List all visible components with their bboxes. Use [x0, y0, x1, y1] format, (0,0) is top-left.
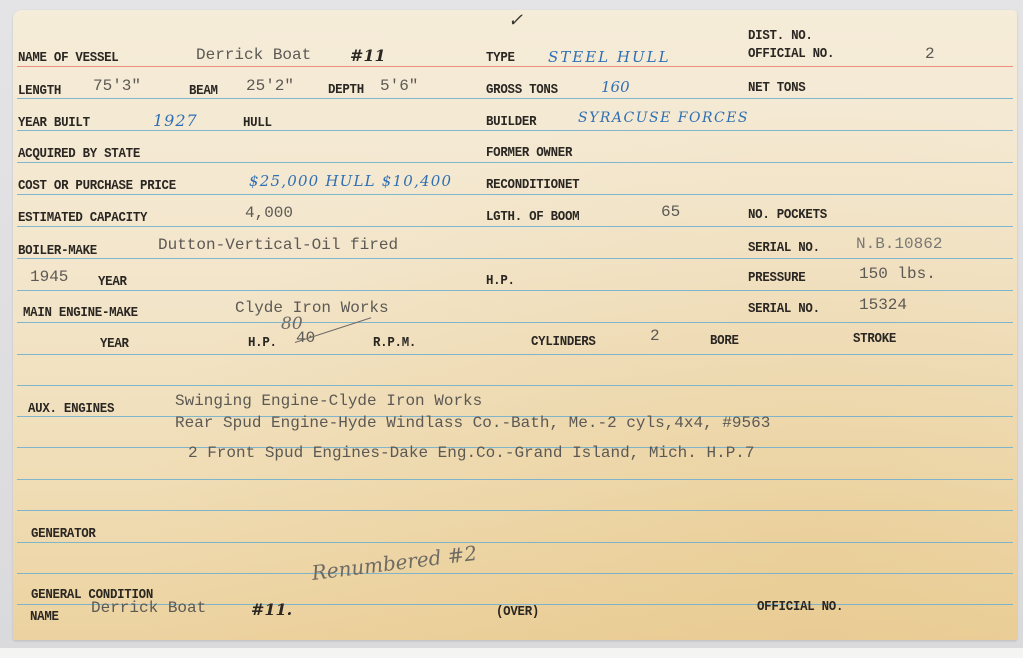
label-length: LENGTH: [18, 85, 61, 99]
rule-line: [17, 98, 1013, 99]
label-main-engine-year: YEAR: [100, 338, 129, 352]
value-cylinders: 2: [650, 328, 660, 344]
value-beam: 25'2": [246, 78, 294, 94]
rule-line: [17, 290, 1013, 291]
label-footer-name: NAME: [30, 611, 59, 625]
label-acquired-by-state: ACQUIRED BY STATE: [18, 148, 140, 162]
value-main-engine-make: Clyde Iron Works: [235, 300, 389, 316]
label-estimated-capacity: ESTIMATED CAPACITY: [18, 212, 147, 226]
label-generator: GENERATOR: [31, 528, 96, 542]
value-official-no: 2: [925, 46, 935, 62]
value-depth: 5'6": [380, 78, 418, 94]
page-background: ✓ NAME OF VESSEL Derrick Boat #11 TYPE S…: [0, 0, 1023, 658]
label-boiler-serial-no: SERIAL NO.: [748, 242, 820, 256]
value-type: STEEL HULL: [548, 50, 671, 65]
rule-line: [17, 542, 1013, 543]
value-length-of-boom: 65: [661, 204, 680, 220]
label-main-engine-serial-no: SERIAL NO.: [748, 303, 820, 317]
value-year-built: 1927: [153, 113, 198, 129]
rule-line: [17, 226, 1013, 227]
label-name-of-vessel: NAME OF VESSEL: [18, 52, 118, 66]
value-length: 75'3": [93, 78, 141, 94]
label-cylinders: CYLINDERS: [531, 336, 596, 350]
value-builder: SYRACUSE FORCES: [578, 111, 749, 125]
label-stroke: STROKE: [853, 333, 896, 347]
label-reconditioned: RECONDITIONET: [486, 179, 579, 193]
value-boiler-serial-no: N.B.10862: [856, 236, 942, 252]
label-builder: BUILDER: [486, 116, 536, 130]
label-boiler-hp: H.P.: [486, 275, 515, 289]
value-estimated-capacity: 4,000: [245, 205, 293, 221]
value-aux-engine-line-1: Swinging Engine-Clyde Iron Works: [175, 393, 482, 409]
value-pressure: 150 lbs.: [859, 266, 936, 282]
rule-line: [17, 258, 1013, 259]
label-official-no: OFFICIAL NO.: [748, 48, 834, 62]
checkmark-icon: ✓: [508, 12, 523, 30]
label-bore: BORE: [710, 335, 739, 349]
rule-line: [17, 479, 1013, 480]
label-former-owner: FORMER OWNER: [486, 147, 572, 161]
rule-line: [17, 194, 1013, 195]
label-main-engine-make: MAIN ENGINE-MAKE: [23, 307, 138, 321]
label-hull: HULL: [243, 117, 272, 131]
value-cost: $25,000 HULL $10,400: [249, 174, 452, 189]
value-vessel-number-handwritten: #11: [350, 48, 386, 64]
rule-line: [17, 322, 1013, 323]
label-no-pockets: NO. POCKETS: [748, 209, 827, 223]
value-main-engine-serial-no: 15324: [859, 297, 907, 313]
value-gross-tons: 160: [601, 80, 630, 95]
rule-line: [17, 162, 1013, 163]
label-pressure: PRESSURE: [748, 272, 805, 286]
label-cost-or-purchase-price: COST OR PURCHASE PRICE: [18, 180, 176, 194]
value-vessel-name: Derrick Boat: [196, 47, 311, 63]
value-boiler-year: 1945: [30, 269, 68, 285]
rule-line: [17, 130, 1013, 131]
value-boiler-make: Dutton-Vertical-Oil fired: [158, 237, 398, 253]
bottom-strip: [0, 648, 1023, 658]
red-header-rule: [17, 66, 1013, 67]
vessel-index-card: ✓ NAME OF VESSEL Derrick Boat #11 TYPE S…: [13, 10, 1017, 640]
rule-line: [17, 385, 1013, 386]
label-main-engine-hp: H.P.: [248, 337, 277, 351]
value-aux-engine-line-2: Rear Spud Engine-Hyde Windlass Co.-Bath,…: [175, 415, 770, 431]
label-depth: DEPTH: [328, 84, 364, 98]
value-footer-name: Derrick Boat: [91, 600, 206, 616]
label-gross-tons: GROSS TONS: [486, 84, 558, 98]
rule-line: [17, 510, 1013, 511]
label-dist-no: DIST. NO.: [748, 30, 813, 44]
renumbered-note: Renumbered #2: [311, 543, 479, 583]
label-net-tons: NET TONS: [748, 82, 805, 96]
label-rpm: R.P.M.: [373, 337, 416, 351]
label-beam: BEAM: [189, 85, 218, 99]
label-type: TYPE: [486, 52, 515, 66]
label-aux-engines: AUX. ENGINES: [28, 403, 114, 417]
rule-line: [17, 573, 1013, 574]
label-footer-official-no: OFFICIAL NO.: [757, 601, 843, 615]
label-year-built: YEAR BUILT: [18, 117, 90, 131]
value-footer-number-handwritten: #11.: [251, 602, 292, 618]
label-length-of-boom: LGTH. OF BOOM: [486, 211, 579, 225]
over-label: (OVER): [496, 606, 539, 620]
value-aux-engine-line-3: 2 Front Spud Engines-Dake Eng.Co.-Grand …: [188, 445, 755, 461]
label-boiler-year: YEAR: [98, 276, 127, 290]
rule-line: [17, 354, 1013, 355]
label-boiler-make: BOILER-MAKE: [18, 245, 97, 259]
